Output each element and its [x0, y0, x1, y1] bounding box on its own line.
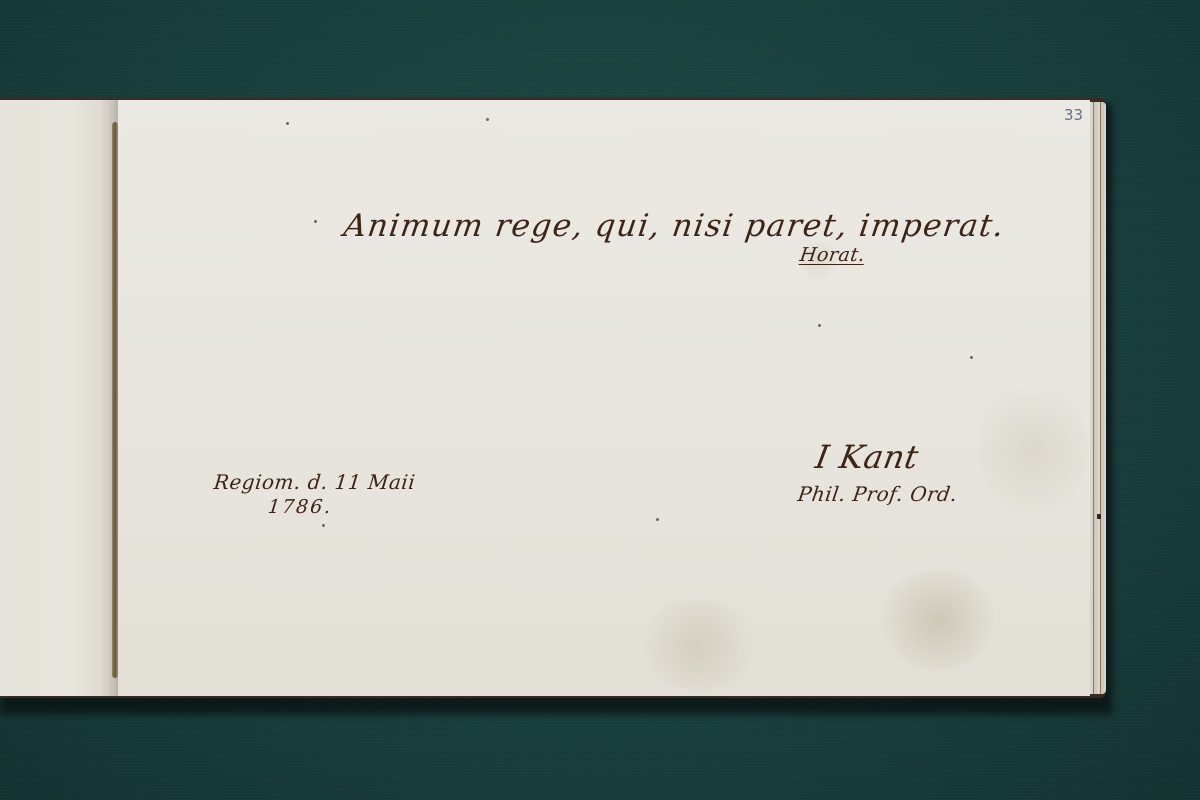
year: 1786. — [267, 496, 334, 518]
right-page: 33 Animum rege, qui, nisi paret, imperat… — [118, 100, 1090, 696]
ink-speck — [322, 524, 325, 527]
motto-author: Horat. — [798, 244, 866, 266]
ink-speck — [486, 118, 489, 121]
foxing-stain — [978, 380, 1088, 520]
ink-speck — [314, 220, 317, 223]
signature-title: Phil. Prof. Ord. — [796, 482, 959, 506]
signature: I Kant — [813, 438, 922, 476]
motto-inscription: Animum rege, qui, nisi paret, imperat. — [341, 208, 1007, 244]
ink-speck — [818, 324, 821, 327]
page-edge-mark — [1097, 514, 1101, 519]
foxing-stain — [878, 570, 998, 670]
ink-speck — [286, 122, 289, 125]
ink-speck — [970, 356, 973, 359]
open-album: 33 Animum rege, qui, nisi paret, imperat… — [0, 98, 1108, 700]
foxing-stain — [638, 600, 758, 690]
place-date: Regiom. d. 11 Maii — [213, 470, 417, 494]
page-stack-edge — [1090, 102, 1106, 694]
ink-speck — [656, 518, 659, 521]
folio-number: 33 — [1064, 106, 1083, 124]
